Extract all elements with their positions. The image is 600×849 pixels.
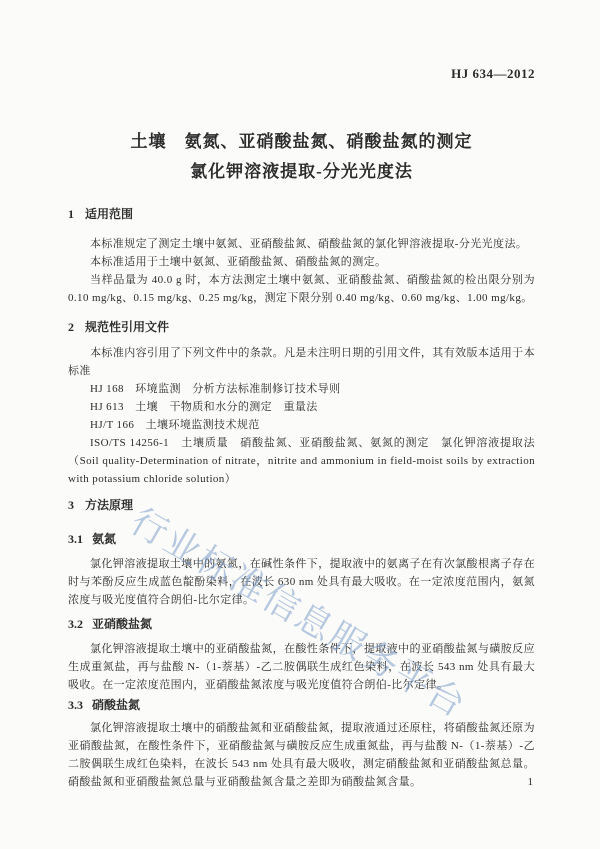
section-3-3-body: 氯化钾溶液提取土壤中的硝酸盐氮和亚硝酸盐氮，提取液通过还原柱，将硝酸盐氮还原为亚… (68, 719, 535, 791)
section-1-heading: 1适用范围 (68, 207, 535, 222)
section-3-number: 3 (68, 498, 74, 512)
section-3-2-title: 亚硝酸盐氮 (92, 617, 152, 631)
document-title: 土壤 氨氮、亚硝酸盐氮、硝酸盐氮的测定 氯化钾溶液提取-分光光度法 (68, 127, 535, 187)
section-3-3-heading: 3.3硝酸盐氮 (68, 698, 535, 713)
section-3-1-number: 3.1 (68, 532, 83, 546)
title-line-2: 氯化钾溶液提取-分光光度法 (68, 157, 535, 187)
section-3-1-heading: 3.1氨氮 (68, 532, 535, 547)
reference-hj613: HJ 613 土壤 干物质和水分的测定 重量法 (68, 398, 535, 416)
reference-hj168: HJ 168 环境监测 分析方法标准制修订技术导则 (68, 380, 535, 398)
reference-isots14256: ISO/TS 14256-1 土壤质量 硝酸盐氮、亚硝酸盐氮、氨氮的测定 氯化钾… (68, 434, 535, 488)
section-1-paragraph-1: 本标准规定了测定土壤中氨氮、亚硝酸盐氮、硝酸盐氮的氯化钾溶液提取-分光光度法。 (68, 235, 535, 253)
section-3-1-title: 氨氮 (92, 532, 116, 546)
section-3-heading: 3方法原理 (68, 498, 535, 513)
section-3-3-number: 3.3 (68, 698, 83, 712)
standard-code: HJ 634—2012 (68, 66, 535, 82)
section-1-number: 1 (68, 207, 74, 221)
section-3-title: 方法原理 (85, 498, 133, 512)
section-2-title: 规范性引用文件 (85, 320, 169, 334)
title-line-1: 土壤 氨氮、亚硝酸盐氮、硝酸盐氮的测定 (68, 127, 535, 157)
section-3-3-title: 硝酸盐氮 (92, 698, 140, 712)
section-2-number: 2 (68, 320, 74, 334)
section-1-paragraph-2: 本标准适用于土壤中氨氮、亚硝酸盐氮、硝酸盐氮的测定。 (68, 253, 535, 271)
section-2-heading: 2规范性引用文件 (68, 320, 535, 335)
document-page: HJ 634—2012 土壤 氨氮、亚硝酸盐氮、硝酸盐氮的测定 氯化钾溶液提取-… (0, 0, 600, 849)
section-2-intro: 本标准内容引用了下列文件中的条款。凡是未注明日期的引用文件，其有效版本适用于本标… (68, 344, 535, 380)
section-1-title: 适用范围 (85, 207, 133, 221)
section-1-paragraph-3: 当样品量为 40.0 g 时，本方法测定土壤中氨氮、亚硝酸盐氮、硝酸盐氮的检出限… (68, 271, 535, 307)
section-3-2-heading: 3.2亚硝酸盐氮 (68, 617, 535, 632)
section-3-1-body: 氯化钾溶液提取土壤中的氨氮，在碱性条件下，提取液中的氨离子在有次氯酸根离子存在时… (68, 555, 535, 609)
section-3-2-body: 氯化钾溶液提取土壤中的亚硝酸盐氮，在酸性条件下，提取液中的亚硝酸盐氮与磺胺反应生… (68, 640, 535, 694)
reference-hjt166: HJ/T 166 土壤环境监测技术规范 (68, 416, 535, 434)
page-number: 1 (528, 776, 534, 788)
section-3-2-number: 3.2 (68, 617, 83, 631)
